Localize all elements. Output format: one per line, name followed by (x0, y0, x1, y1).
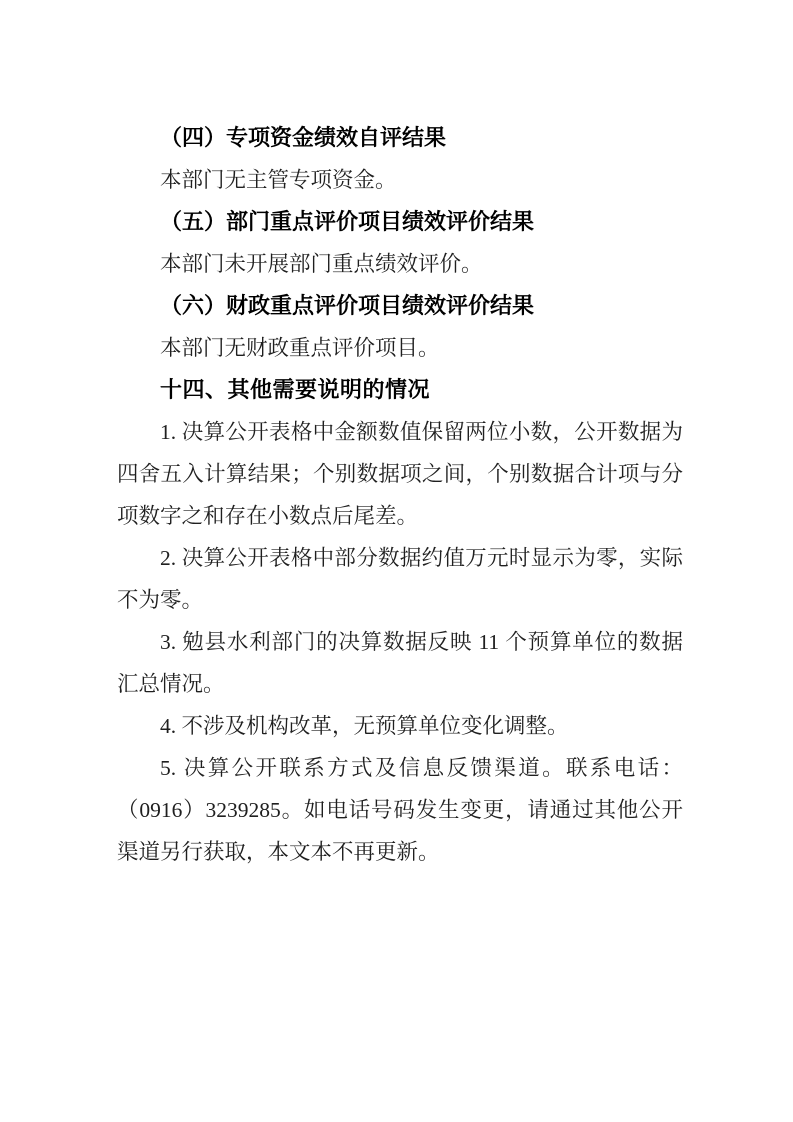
paragraph: 2. 决算公开表格中部分数据约值万元时显示为零，实际不为零。 (117, 537, 683, 621)
paragraph: 4. 不涉及机构改革，无预算单位变化调整。 (117, 705, 683, 747)
paragraph: 1. 决算公开表格中金额数值保留两位小数，公开数据为四舍五入计算结果；个别数据项… (117, 411, 683, 537)
paragraph: 5. 决算公开联系方式及信息反馈渠道。联系电话：（0916）3239285。如电… (117, 747, 683, 873)
document-page: （四）专项资金绩效自评结果本部门无主管专项资金。（五）部门重点评价项目绩效评价结… (0, 0, 793, 1122)
paragraph: 3. 勉县水利部门的决算数据反映 11 个预算单位的数据汇总情况。 (117, 621, 683, 705)
document-content: （四）专项资金绩效自评结果本部门无主管专项资金。（五）部门重点评价项目绩效评价结… (117, 117, 683, 873)
paragraph: 本部门未开展部门重点绩效评价。 (117, 243, 683, 285)
paragraph: 本部门无财政重点评价项目。 (117, 327, 683, 369)
section-heading: （六）财政重点评价项目绩效评价结果 (117, 285, 683, 327)
section-heading: （四）专项资金绩效自评结果 (117, 117, 683, 159)
paragraph: 本部门无主管专项资金。 (117, 159, 683, 201)
section-heading: 十四、其他需要说明的情况 (117, 369, 683, 411)
section-heading: （五）部门重点评价项目绩效评价结果 (117, 201, 683, 243)
